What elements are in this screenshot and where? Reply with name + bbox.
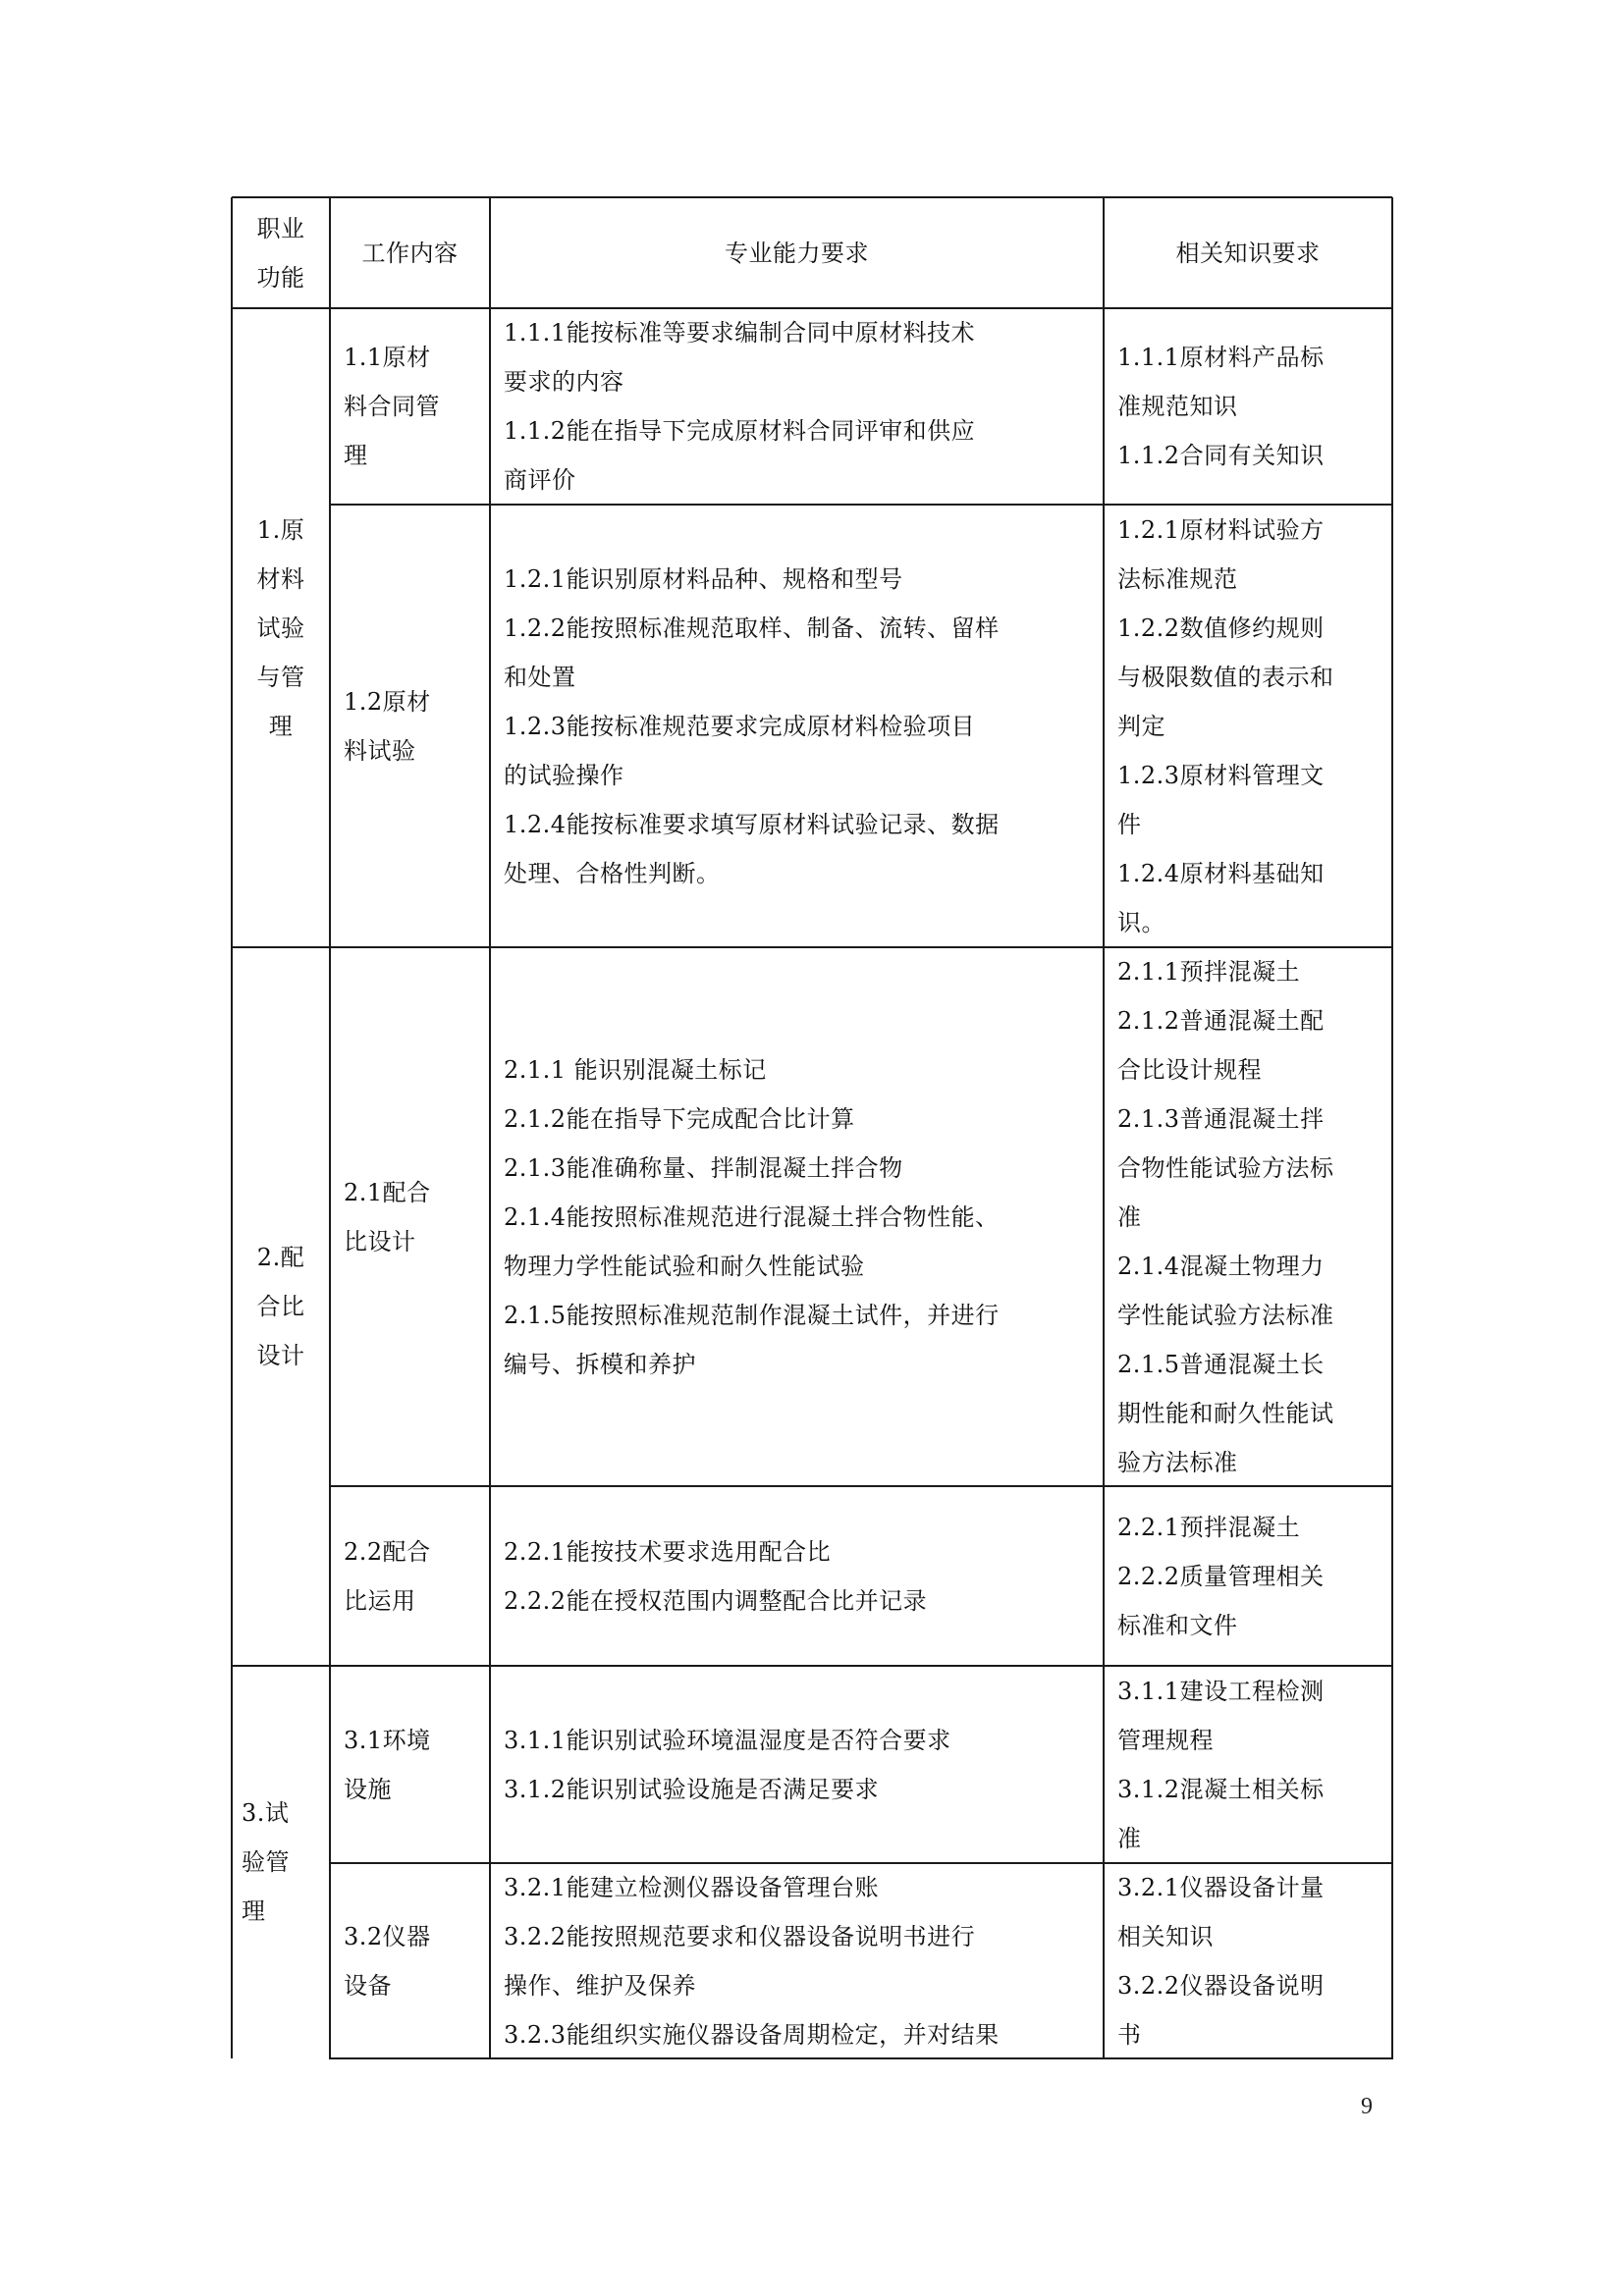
column-divider	[1103, 197, 1105, 2059]
knowledge-text: 准	[1117, 1193, 1142, 1242]
work-content-text: 设施	[344, 1765, 392, 1814]
knowledge-text: 判定	[1117, 702, 1165, 751]
work-content-cell: 3.2仪器 设备	[330, 1863, 490, 2058]
knowledge-text: 相关知识	[1117, 1912, 1214, 1961]
function-text: 理	[269, 702, 294, 751]
knowledge-text: 2.2.2质量管理相关	[1117, 1552, 1325, 1601]
knowledge-text: 学性能试验方法标准	[1117, 1291, 1334, 1340]
knowledge-text: 1.1.1原材料产品标	[1117, 333, 1325, 382]
ability-text: 和处置	[504, 653, 576, 702]
work-content-text: 2.1配合	[344, 1168, 431, 1217]
header-label: 职业	[257, 204, 305, 253]
knowledge-text: 2.1.3普通混凝土拌	[1117, 1095, 1325, 1144]
header-label: 功能	[257, 253, 305, 302]
work-content-text: 料合同管	[344, 382, 440, 431]
knowledge-cell: 2.2.1预拌混凝土 2.2.2质量管理相关 标准和文件	[1104, 1486, 1392, 1666]
ability-text: 要求的内容	[504, 357, 624, 406]
row-divider	[232, 307, 1392, 309]
ability-text: 1.2.4能按标准要求填写原材料试验记录、数据	[504, 800, 1000, 849]
header-label: 相关知识要求	[1176, 229, 1321, 278]
work-content-text: 3.2仪器	[344, 1912, 431, 1961]
function-text: 试验	[257, 604, 305, 653]
knowledge-text: 1.2.2数值修约规则	[1117, 604, 1325, 653]
occupational-skills-table: 职业 功能 工作内容 专业能力要求 相关知识要求 1.原 材料 试验 与管 理 …	[232, 197, 1392, 2058]
function-text: 材料	[257, 555, 305, 604]
knowledge-cell: 1.2.1原材料试验方 法标准规范 1.2.2数值修约规则 与极限数值的表示和 …	[1104, 505, 1392, 947]
knowledge-text: 1.2.3原材料管理文	[1117, 751, 1325, 800]
knowledge-text: 准	[1117, 1814, 1142, 1863]
work-content-text: 3.1环境	[344, 1716, 431, 1765]
ability-cell: 1.1.1能按标准等要求编制合同中原材料技术 要求的内容 1.1.2能在指导下完…	[490, 308, 1104, 505]
knowledge-text: 3.1.1建设工程检测	[1117, 1667, 1325, 1716]
work-content-cell: 2.2配合 比运用	[330, 1486, 490, 1666]
work-content-cell: 1.2原材 料试验	[330, 505, 490, 947]
knowledge-cell: 1.1.1原材料产品标 准规范知识 1.1.2合同有关知识	[1104, 308, 1392, 505]
knowledge-text: 1.2.4原材料基础知	[1117, 849, 1325, 898]
function-cell-test-management: 3.试 验管 理	[232, 1666, 330, 2058]
header-cell-function: 职业 功能	[232, 197, 330, 308]
table-border-right	[1391, 197, 1393, 2059]
ability-text: 3.2.3能组织实施仪器设备周期检定，并对结果	[504, 2010, 1000, 2059]
header-label: 专业能力要求	[725, 229, 869, 278]
group-divider	[232, 1665, 1392, 1667]
knowledge-cell: 3.1.1建设工程检测 管理规程 3.1.2混凝土相关标 准	[1104, 1666, 1392, 1863]
knowledge-text: 3.1.2混凝土相关标	[1117, 1765, 1325, 1814]
knowledge-text: 标准和文件	[1117, 1601, 1238, 1650]
knowledge-text: 3.2.1仪器设备计量	[1117, 1863, 1325, 1912]
work-content-text: 1.1原材	[344, 333, 431, 382]
ability-text: 操作、维护及保养	[504, 1961, 696, 2010]
knowledge-text: 2.2.1预拌混凝土	[1117, 1503, 1300, 1552]
knowledge-text: 合比设计规程	[1117, 1045, 1262, 1095]
knowledge-cell: 3.2.1仪器设备计量 相关知识 3.2.2仪器设备说明 书	[1104, 1863, 1392, 2058]
function-text: 3.试	[242, 1789, 289, 1838]
knowledge-text: 准规范知识	[1117, 382, 1238, 431]
group-divider	[232, 946, 1392, 948]
header-cell-ability-requirements: 专业能力要求	[490, 197, 1104, 308]
ability-text: 2.1.2能在指导下完成配合比计算	[504, 1095, 855, 1144]
function-text: 2.配	[257, 1233, 304, 1282]
work-content-text: 比设计	[344, 1217, 416, 1266]
knowledge-text: 1.2.1原材料试验方	[1117, 506, 1325, 555]
page-number: 9	[1361, 2094, 1373, 2120]
ability-text: 编号、拆模和养护	[504, 1340, 696, 1389]
work-content-text: 比运用	[344, 1576, 416, 1626]
ability-text: 商评价	[504, 455, 576, 505]
knowledge-text: 识。	[1117, 898, 1165, 947]
header-label: 工作内容	[362, 229, 459, 278]
ability-text: 1.2.1能识别原材料品种、规格和型号	[504, 555, 903, 604]
ability-cell: 1.2.1能识别原材料品种、规格和型号 1.2.2能按照标准规范取样、制备、流转…	[490, 505, 1104, 947]
function-text: 合比	[257, 1282, 305, 1331]
ability-text: 2.1.1 能识别混凝土标记	[504, 1045, 767, 1095]
ability-text: 1.1.1能按标准等要求编制合同中原材料技术	[504, 308, 975, 357]
knowledge-text: 2.1.1预拌混凝土	[1117, 947, 1300, 996]
ability-text: 处理、合格性判断。	[504, 849, 721, 898]
work-content-text: 1.2原材	[344, 677, 431, 726]
column-divider	[489, 197, 491, 2059]
ability-text: 物理力学性能试验和耐久性能试验	[504, 1242, 865, 1291]
ability-text: 2.2.1能按技术要求选用配合比	[504, 1527, 831, 1576]
knowledge-text: 期性能和耐久性能试	[1117, 1389, 1334, 1438]
work-content-text: 料试验	[344, 726, 416, 775]
header-cell-knowledge-requirements: 相关知识要求	[1104, 197, 1392, 308]
work-content-cell: 3.1环境 设施	[330, 1666, 490, 1863]
function-text: 验管	[242, 1838, 290, 1887]
ability-cell: 2.2.1能按技术要求选用配合比 2.2.2能在授权范围内调整配合比并记录	[490, 1486, 1104, 1666]
knowledge-text: 法标准规范	[1117, 555, 1238, 604]
document-page: 职业 功能 工作内容 专业能力要求 相关知识要求 1.原 材料 试验 与管 理 …	[0, 0, 1624, 2296]
function-cell-mix-design: 2.配 合比 设计	[232, 947, 330, 1666]
ability-text: 1.2.3能按标准规范要求完成原材料检验项目	[504, 702, 975, 751]
function-text: 设计	[257, 1331, 305, 1380]
knowledge-text: 件	[1117, 800, 1142, 849]
ability-text: 3.1.2能识别试验设施是否满足要求	[504, 1765, 879, 1814]
ability-text: 1.1.2能在指导下完成原材料合同评审和供应	[504, 406, 975, 455]
ability-text: 3.1.1能识别试验环境温湿度是否符合要求	[504, 1716, 951, 1765]
ability-text: 2.1.4能按照标准规范进行混凝土拌合物性能、	[504, 1193, 1000, 1242]
ability-text: 3.2.1能建立检测仪器设备管理台账	[504, 1863, 879, 1912]
function-text: 理	[242, 1887, 266, 1936]
function-text: 与管	[257, 653, 305, 702]
knowledge-text: 合物性能试验方法标	[1117, 1144, 1334, 1193]
knowledge-cell: 2.1.1预拌混凝土 2.1.2普通混凝土配 合比设计规程 2.1.3普通混凝土…	[1104, 947, 1392, 1486]
knowledge-text: 书	[1117, 2010, 1142, 2059]
ability-text: 的试验操作	[504, 751, 624, 800]
ability-text: 2.2.2能在授权范围内调整配合比并记录	[504, 1576, 927, 1626]
header-cell-work-content: 工作内容	[330, 197, 490, 308]
ability-cell: 2.1.1 能识别混凝土标记 2.1.2能在指导下完成配合比计算 2.1.3能准…	[490, 947, 1104, 1486]
knowledge-text: 1.1.2合同有关知识	[1117, 431, 1325, 480]
knowledge-text: 与极限数值的表示和	[1117, 653, 1334, 702]
knowledge-text: 管理规程	[1117, 1716, 1214, 1765]
work-content-cell: 2.1配合 比设计	[330, 947, 490, 1486]
knowledge-text: 3.2.2仪器设备说明	[1117, 1961, 1325, 2010]
ability-text: 3.2.2能按照规范要求和仪器设备说明书进行	[504, 1912, 975, 1961]
work-content-text: 2.2配合	[344, 1527, 431, 1576]
table-border-top	[232, 196, 1392, 198]
table-border-left	[231, 197, 233, 2058]
knowledge-text: 2.1.4混凝土物理力	[1117, 1242, 1325, 1291]
work-content-cell: 1.1原材 料合同管 理	[330, 308, 490, 505]
work-content-text: 理	[344, 431, 368, 480]
column-divider	[329, 197, 331, 2059]
ability-text: 2.1.5能按照标准规范制作混凝土试件，并进行	[504, 1291, 1000, 1340]
ability-cell: 3.1.1能识别试验环境温湿度是否符合要求 3.1.2能识别试验设施是否满足要求	[490, 1666, 1104, 1863]
ability-text: 1.2.2能按照标准规范取样、制备、流转、留样	[504, 604, 1000, 653]
ability-text: 2.1.3能准确称量、拌制混凝土拌合物	[504, 1144, 903, 1193]
knowledge-text: 2.1.2普通混凝土配	[1117, 996, 1325, 1045]
function-cell-raw-materials: 1.原 材料 试验 与管 理	[232, 308, 330, 947]
ability-cell: 3.2.1能建立检测仪器设备管理台账 3.2.2能按照规范要求和仪器设备说明书进…	[490, 1863, 1104, 2058]
function-text: 1.原	[257, 506, 304, 555]
knowledge-text: 验方法标准	[1117, 1438, 1238, 1487]
knowledge-text: 2.1.5普通混凝土长	[1117, 1340, 1325, 1389]
work-content-text: 设备	[344, 1961, 392, 2010]
